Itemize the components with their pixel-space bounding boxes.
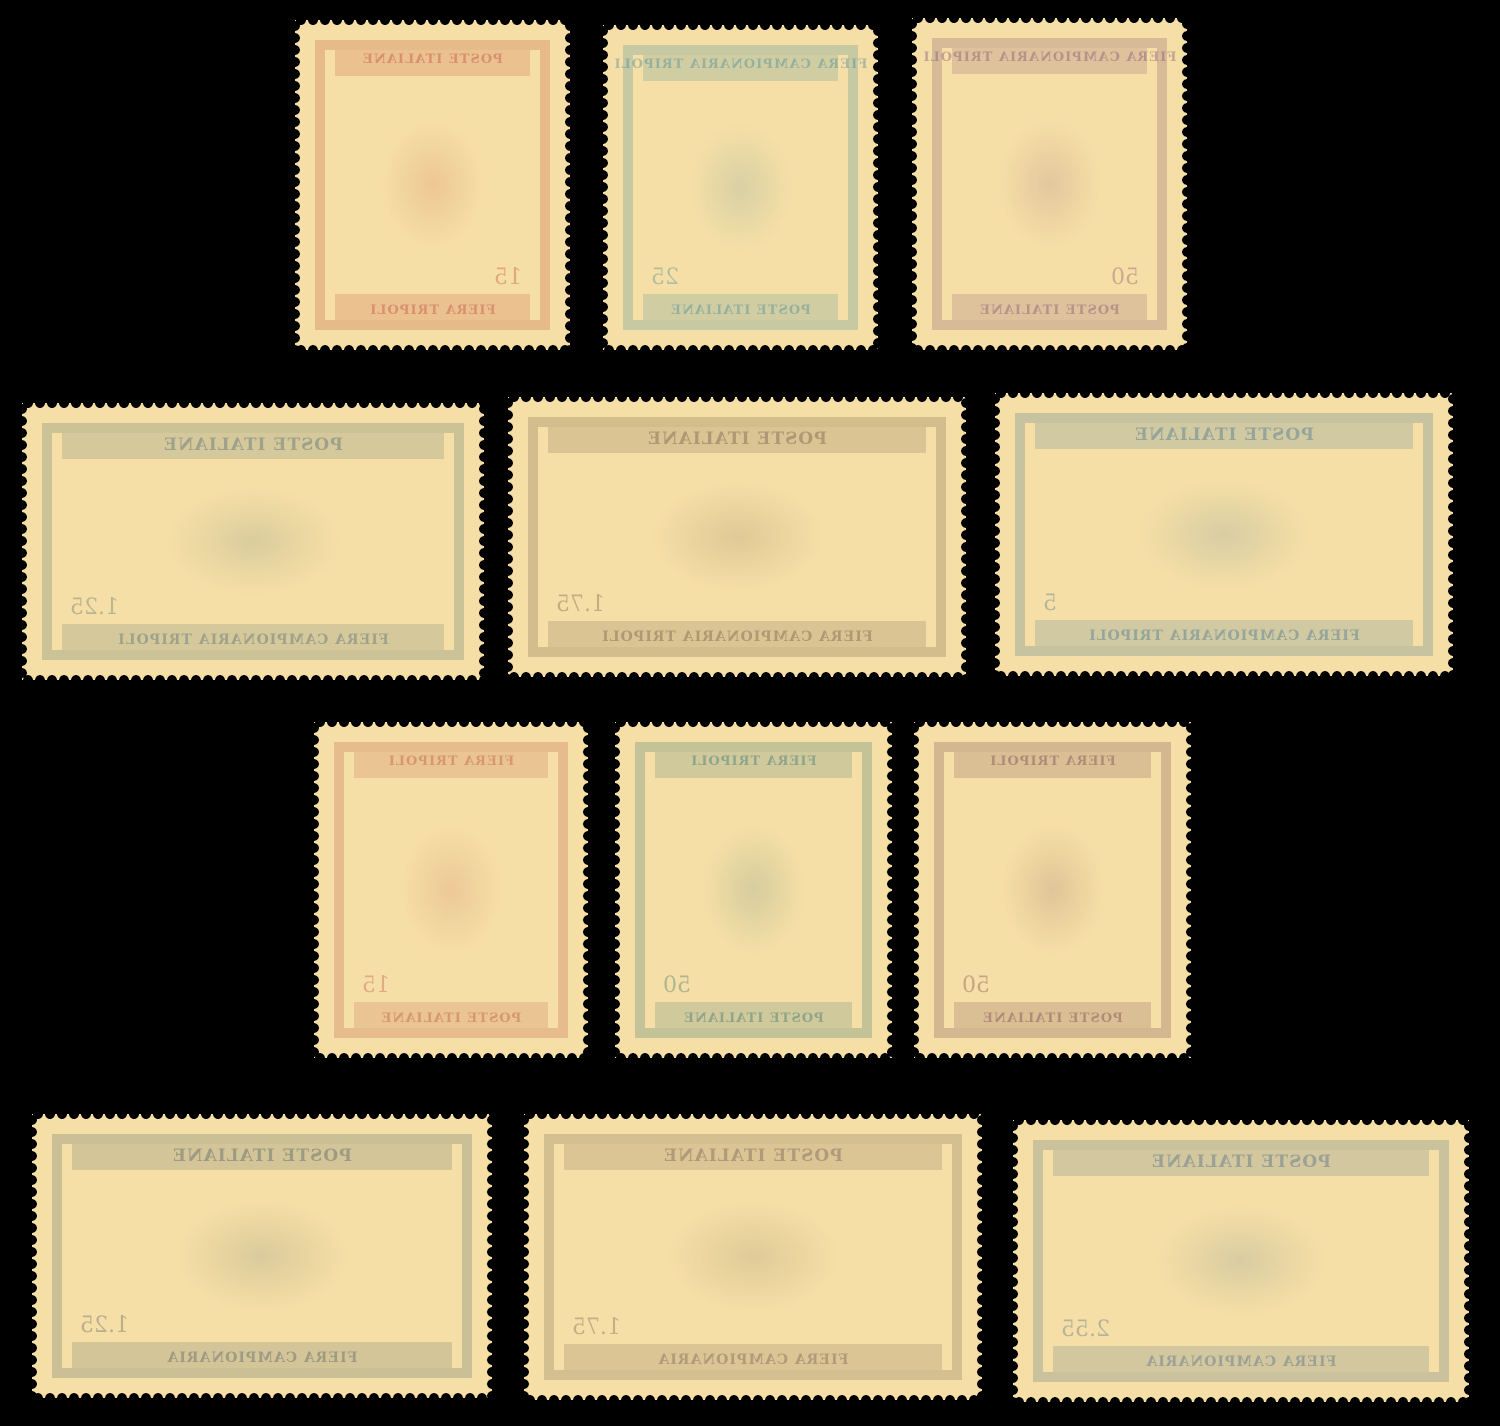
stamp-7: FIERA TRIPOLI POSTE ITALIANE 15 bbox=[314, 722, 588, 1058]
stamp-2: FIERA CAMPIONARIA TRIPOLI POSTE ITALIANE… bbox=[603, 25, 878, 350]
stamp-3: FIERA CAMPIONARIA TRIPOLI POSTE ITALIANE… bbox=[912, 18, 1187, 350]
stamp-8: FIERA TRIPOLI POSTE ITALIANE 50 bbox=[615, 722, 892, 1058]
stamp-12: POSTE ITALIANE FIERA CAMPIONARIA 2.55 bbox=[1013, 1120, 1469, 1402]
stamp-10: POSTE ITALIANE FIERA CAMPIONARIA 1.25 bbox=[32, 1114, 492, 1398]
stamp-6: POSTE ITALIANE FIERA CAMPIONARIA TRIPOLI… bbox=[995, 393, 1453, 676]
stamp-1: POSTE ITALIANE FIERA TRIPOLI 15 bbox=[295, 20, 570, 350]
stamp-4: POSTE ITALIANE FIERA CAMPIONARIA TRIPOLI… bbox=[22, 403, 484, 680]
stamp-11: POSTE ITALIANE FIERA CAMPIONARIA 1.75 bbox=[524, 1114, 982, 1400]
stamp-5: POSTE ITALIANE FIERA CAMPIONARIA TRIPOLI… bbox=[508, 397, 966, 677]
stamp-9: FIERA TRIPOLI POSTE ITALIANE 50 bbox=[914, 722, 1191, 1058]
